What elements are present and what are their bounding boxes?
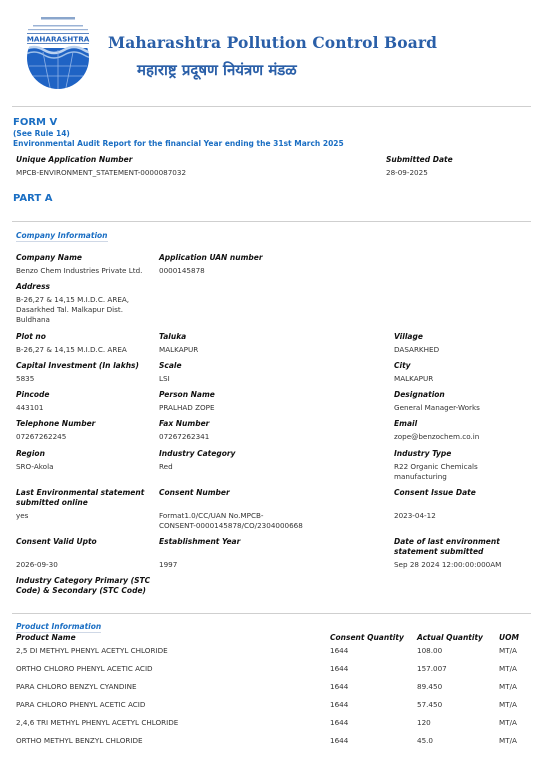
col-uom: UOM: [499, 633, 519, 642]
uom-cell: MT/A: [499, 664, 517, 673]
actual-quantity-cell: 157.007: [417, 664, 447, 673]
product-name-cell: PARA CHLORO PHENYL ACETIC ACID: [16, 700, 145, 709]
industry-category-label: Industry Category: [159, 449, 359, 459]
person-name-label: Person Name: [159, 390, 359, 400]
village-label: Village: [394, 332, 534, 342]
capital-investment-label: Capital Investment (In lakhs): [16, 361, 154, 371]
industry-type-label: Industry Type: [394, 449, 534, 459]
org-name-marathi: महाराष्ट्र प्रदूषण नियंत्रण मंडळ: [137, 60, 297, 80]
taluka-label: Taluka: [159, 332, 359, 342]
address-line-1: B-26,27 & 14,15 M.I.D.C. AREA,: [16, 295, 154, 305]
product-name-cell: ORTHO METHYL BENZYL CHLORIDE: [16, 736, 143, 745]
pincode-label: Pincode: [16, 390, 154, 400]
page-header: MAHARASHTRA Maharashtra Pollution Contro…: [0, 0, 543, 100]
telephone-value: 07267262245: [16, 432, 154, 442]
consent-issue-date-label: Consent Issue Date: [394, 488, 534, 498]
svg-text:MAHARASHTRA: MAHARASHTRA: [27, 35, 90, 44]
submitted-date-value: 28-09-2025: [386, 168, 428, 178]
city-label: City: [394, 361, 534, 371]
pincode-value: 443101: [16, 403, 154, 413]
form-subtitle: Environmental Audit Report for the finan…: [13, 139, 344, 148]
company-info-heading: Company Information: [16, 231, 108, 242]
address-line-2: Dasarkhed Tal. Malkapur Dist.: [16, 305, 154, 315]
form-rule: (See Rule 14): [13, 129, 70, 138]
product-name-cell: 2,5 DI METHYL PHENYL ACETYL CHLORIDE: [16, 646, 168, 655]
industry-type-line-2: manufacturing: [394, 472, 534, 482]
actual-quantity-cell: 57.450: [417, 700, 442, 709]
designation-value: General Manager-Works: [394, 403, 534, 413]
date-last-env-label-2: statement submitted: [394, 547, 534, 557]
consent-quantity-cell: 1644: [330, 736, 348, 745]
fax-value: 07267262341: [159, 432, 359, 442]
submitted-date-label: Submitted Date: [386, 155, 453, 165]
consent-number-label: Consent Number: [159, 488, 359, 498]
address-line-3: Buldhana: [16, 315, 154, 325]
uom-cell: MT/A: [499, 682, 517, 691]
divider: [12, 613, 531, 614]
capital-investment-value: 5835: [16, 374, 154, 384]
product-name-cell: ORTHO CHLORO PHENYL ACETIC ACID: [16, 664, 153, 673]
uom-cell: MT/A: [499, 700, 517, 709]
uom-cell: MT/A: [499, 736, 517, 745]
industry-category-value: Red: [159, 462, 359, 472]
last-env-statement-label-2: submitted online: [16, 498, 154, 508]
form-title: FORM V: [13, 117, 57, 128]
date-last-env-value: Sep 28 2024 12:00:00:000AM: [394, 560, 534, 570]
mpcb-logo-icon: MAHARASHTRA: [19, 14, 97, 92]
scale-label: Scale: [159, 361, 359, 371]
date-last-env-label-1: Date of last environment: [394, 537, 534, 547]
uan-value: 0000145878: [159, 266, 359, 276]
col-consent-quantity: Consent Quantity: [330, 633, 404, 642]
consent-valid-upto-label: Consent Valid Upto: [16, 537, 154, 547]
unique-app-number-label: Unique Application Number: [16, 155, 132, 165]
consent-valid-upto-value: 2026-09-30: [16, 560, 154, 570]
city-value: MALKAPUR: [394, 374, 534, 384]
uom-cell: MT/A: [499, 718, 517, 727]
divider: [12, 221, 531, 222]
scale-value: LSI: [159, 374, 359, 384]
plot-no-label: Plot no: [16, 332, 154, 342]
village-value: DASARKHED: [394, 345, 534, 355]
fax-label: Fax Number: [159, 419, 359, 429]
plot-no-value: B-26,27 & 14,15 M.I.D.C. AREA: [16, 345, 154, 355]
actual-quantity-cell: 120: [417, 718, 431, 727]
part-a-heading: PART A: [13, 193, 52, 204]
telephone-label: Telephone Number: [16, 419, 154, 429]
unique-app-number-value: MPCB-ENVIRONMENT_STATEMENT-0000087032: [16, 168, 186, 178]
last-env-statement-label-1: Last Environmental statement: [16, 488, 154, 498]
industry-type-line-1: R22 Organic Chemicals: [394, 462, 534, 472]
consent-quantity-cell: 1644: [330, 682, 348, 691]
email-value[interactable]: zope@benzochem.co.in: [394, 432, 534, 442]
address-label: Address: [16, 282, 154, 292]
consent-quantity-cell: 1644: [330, 646, 348, 655]
consent-number-line-2: CONSENT-0000145878/CO/2304000668: [159, 521, 359, 531]
designation-label: Designation: [394, 390, 534, 400]
uom-cell: MT/A: [499, 646, 517, 655]
col-actual-quantity: Actual Quantity: [417, 633, 483, 642]
actual-quantity-cell: 108.00: [417, 646, 442, 655]
org-name-english: Maharashtra Pollution Control Board: [108, 33, 437, 52]
consent-quantity-cell: 1644: [330, 664, 348, 673]
taluka-value: MALKAPUR: [159, 345, 359, 355]
industry-cat-primary-label-1: Industry Category Primary (STC: [16, 576, 154, 586]
consent-quantity-cell: 1644: [330, 700, 348, 709]
establishment-year-value: 1997: [159, 560, 359, 570]
actual-quantity-cell: 89.450: [417, 682, 442, 691]
region-value: SRO-Akola: [16, 462, 154, 472]
last-env-statement-value: yes: [16, 511, 154, 521]
consent-number-line-1: Format1.0/CC/UAN No.MPCB-: [159, 511, 359, 521]
consent-issue-date-value: 2023-04-12: [394, 511, 534, 521]
establishment-year-label: Establishment Year: [159, 537, 359, 547]
product-info-heading: Product Information: [16, 622, 101, 633]
product-name-cell: PARA CHLORO BENZYL CYANDINE: [16, 682, 137, 691]
company-name-value: Benzo Chem Industries Private Ltd.: [16, 266, 154, 276]
industry-cat-primary-label-2: Code) & Secondary (STC Code): [16, 586, 154, 596]
region-label: Region: [16, 449, 154, 459]
uan-label: Application UAN number: [159, 253, 359, 263]
actual-quantity-cell: 45.0: [417, 736, 433, 745]
divider: [12, 106, 531, 107]
email-label: Email: [394, 419, 534, 429]
product-name-cell: 2,4,6 TRI METHYL PHENYL ACETYL CHLORIDE: [16, 718, 178, 727]
col-product-name: Product Name: [16, 633, 76, 642]
person-name-value: PRALHAD ZOPE: [159, 403, 359, 413]
consent-quantity-cell: 1644: [330, 718, 348, 727]
company-name-label: Company Name: [16, 253, 154, 263]
